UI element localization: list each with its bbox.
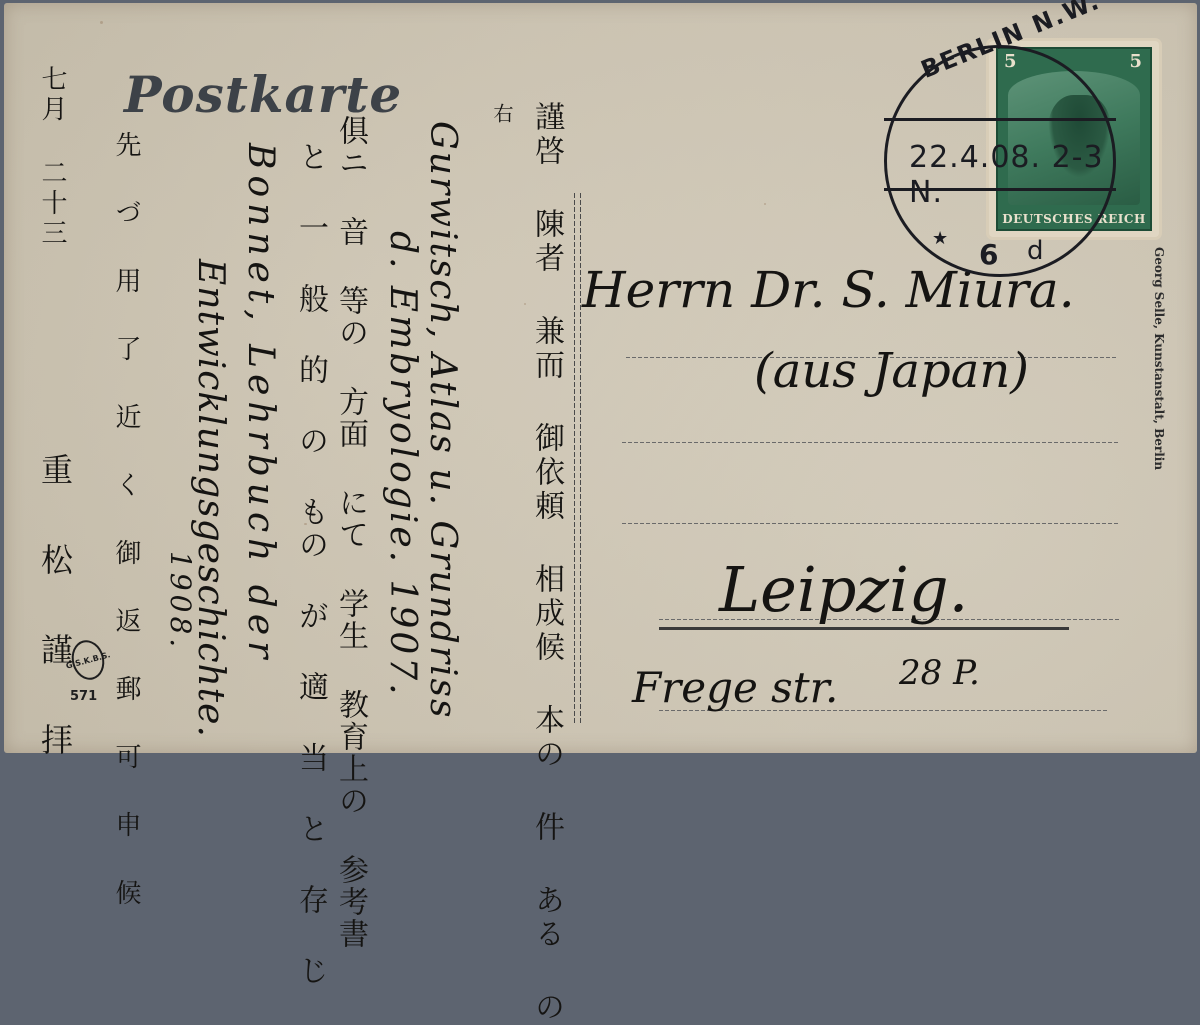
paper-speck [764,203,766,205]
postcard: Postkarte Herrn Dr. S. Miura. (aus Japan… [4,3,1197,753]
message-japanese-column-5: 先 づ 用 了 近 く 御 返 郵 可 申 候 [108,131,145,755]
postmark-bar [884,118,1116,121]
message-german-year: 1908. [164,551,197,651]
divider-line [580,193,581,723]
message-japanese-column-2: 右 [488,103,517,129]
city-underline [659,627,1069,630]
address-origin: (aus Japan) [754,343,1029,399]
message-japanese-column-3: 俱ニ 音 等の 方面 にて 学生 教育上の 参考書 [328,115,372,755]
divider-line [574,193,575,723]
stamp-denomination-right: 5 [1129,51,1142,72]
message-german-column-4: Entwicklungsgeschichte. [190,259,231,738]
postmark: BERLIN N.W. 22.4.08. 2-3 N. ★ 6 d [884,45,1116,277]
publisher-imprint: Georg Selle, Kunstanstalt, Berlin [1152,247,1166,470]
plate-number: 571 [70,689,97,704]
message-german-column-2: d. Embryologie. 1907. [382,231,423,698]
message-german-column-1: Gurwitsch, Atlas u. Grundriss [422,121,463,720]
message-japanese-column-1: 謹啓 陳者 兼而 御依頼 相成候 本の 件 ある の [524,101,568,755]
postmark-district: 6 [979,238,998,271]
message-japanese-column-4: と 一 般 的 の もの が 適 当 と 存 じ [288,141,332,755]
star-icon: ★ [932,228,948,249]
address-city: Leipzig. [719,553,968,626]
address-rule-3 [622,523,1118,524]
message-signature: 重 松 謹 拝 [32,453,78,755]
address-street: Frege str. [632,663,838,712]
message-date: 七月 二十三 [34,65,71,249]
postmark-letter: d [1027,236,1044,266]
address-rule-2 [622,442,1118,443]
paper-speck [100,21,103,24]
postmark-date: 22.4.08. 2-3 N. [909,140,1113,210]
message-german-column-3: Bonnet, Lehrbuch der [240,143,281,664]
address-house-number: 28 P. [899,653,980,693]
